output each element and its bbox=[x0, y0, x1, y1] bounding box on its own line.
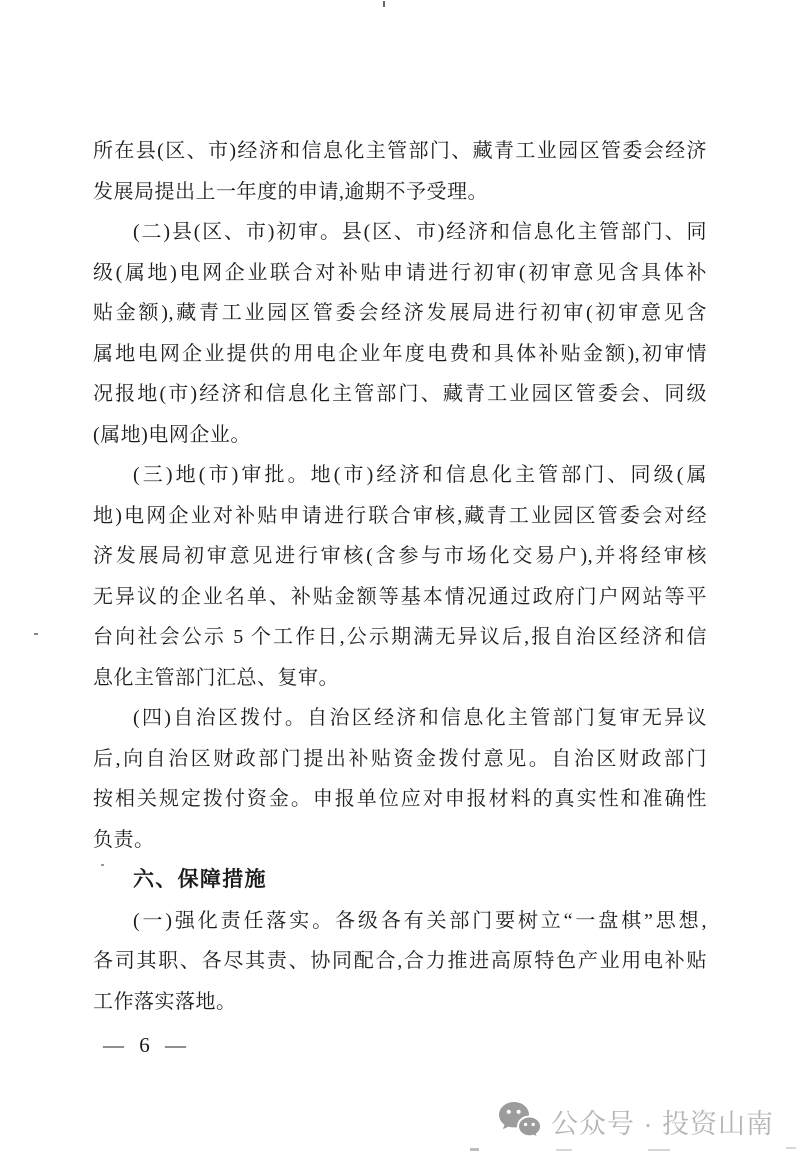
scan-artifact bbox=[786, 1147, 796, 1149]
text-line: (四)自治区拨付。自治区经济和信息化主管部门复审无异议 bbox=[93, 698, 707, 739]
scan-artifact bbox=[470, 1148, 479, 1151]
text-line: 后,向自治区财政部门提出补贴资金拨付意见。自治区财政部门 bbox=[93, 739, 707, 780]
text-line: 属地电网企业提供的用电企业年度电费和具体补贴金额),初审情 bbox=[93, 334, 707, 375]
scan-artifact bbox=[648, 1149, 670, 1151]
watermark-label: 公众号 · 投资山南 bbox=[551, 1102, 774, 1141]
text-line: 济发展局初审意见进行审核(含参与市场化交易户),并将经审核 bbox=[93, 536, 707, 577]
text-line: 贴金额),藏青工业园区管委会经济发展局进行初审(初审意见含 bbox=[93, 293, 707, 334]
scan-artifact bbox=[556, 1149, 572, 1151]
text-line: 无异议的企业名单、补贴金额等基本情况通过政府门户网站等平 bbox=[93, 577, 707, 618]
text-line: 息化主管部门汇总、复审。 bbox=[93, 658, 707, 699]
text-line: (一)强化责任落实。各级各有关部门要树立“一盘棋”思想, bbox=[93, 901, 707, 942]
text-line: (属地)电网企业。 bbox=[93, 415, 707, 456]
text-line: 所在县(区、市)经济和信息化主管部门、藏青工业园区管委会经济 bbox=[93, 131, 707, 172]
text-line: (二)县(区、市)初审。县(区、市)经济和信息化主管部门、同 bbox=[93, 212, 707, 253]
text-line: 发展局提出上一年度的申请,逾期不予受理。 bbox=[93, 172, 707, 213]
page-number: — 6 — bbox=[103, 1031, 186, 1059]
section-heading: 六、保障措施 bbox=[93, 860, 707, 901]
scan-artifact bbox=[34, 633, 38, 635]
text-line: 台向社会公示 5 个工作日,公示期满无异议后,报自治区经济和信 bbox=[93, 617, 707, 658]
document-body: 所在县(区、市)经济和信息化主管部门、藏青工业园区管委会经济发展局提出上一年度的… bbox=[93, 131, 707, 1022]
text-line: 各司其职、各尽其责、协同配合,合力推进高原特色产业用电补贴 bbox=[93, 941, 707, 982]
text-line: 级(属地)电网企业联合对补贴申请进行初审(初审意见含具体补 bbox=[93, 253, 707, 294]
text-line: 工作落实落地。 bbox=[93, 982, 707, 1023]
text-line: (三)地(市)审批。地(市)经济和信息化主管部门、同级(属 bbox=[93, 455, 707, 496]
scan-artifact bbox=[101, 864, 104, 866]
document-page: 所在县(区、市)经济和信息化主管部门、藏青工业园区管委会经济发展局提出上一年度的… bbox=[0, 0, 800, 1153]
text-line: 地)电网企业对补贴申请进行联合审核,藏青工业园区管委会对经 bbox=[93, 496, 707, 537]
scan-artifact bbox=[383, 1, 385, 7]
text-line: 负责。 bbox=[93, 820, 707, 861]
wechat-watermark: 公众号 · 投资山南 bbox=[498, 1100, 774, 1142]
text-line: 按相关规定拨付资金。申报单位应对申报材料的真实性和准确性 bbox=[93, 779, 707, 820]
wechat-icon bbox=[498, 1101, 542, 1141]
text-line: 况报地(市)经济和信息化主管部门、藏青工业园区管委会、同级 bbox=[93, 374, 707, 415]
